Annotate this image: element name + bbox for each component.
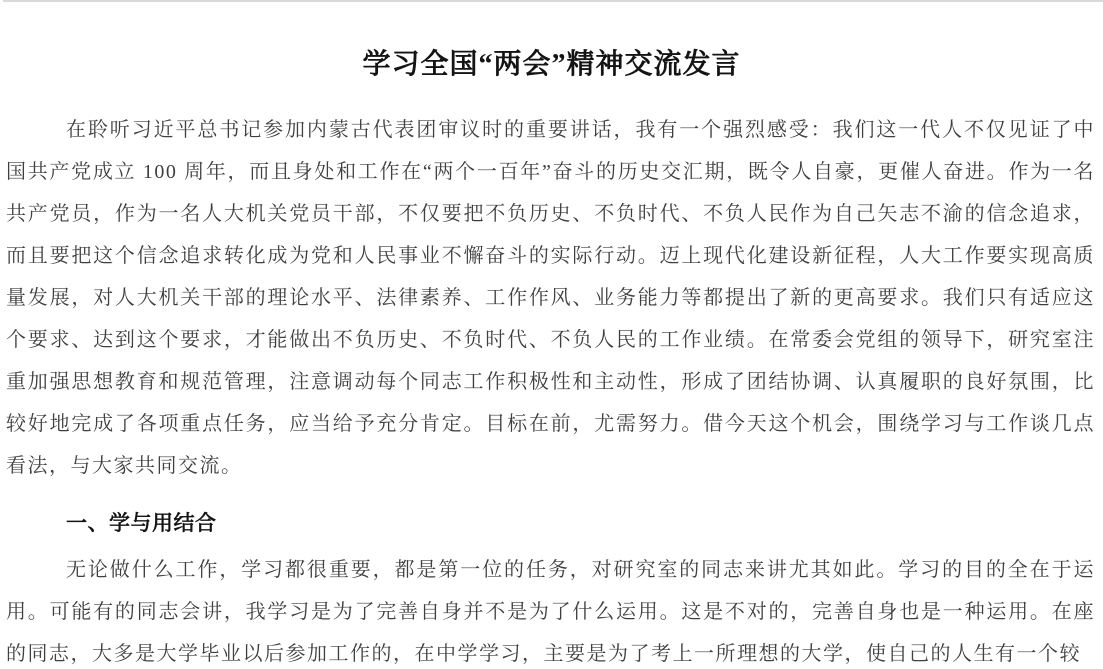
- page-top-border: [3, 0, 1103, 2]
- document-title: 学习全国“两会”精神交流发言: [0, 47, 1103, 83]
- paragraph-section-1: 无论做什么工作，学习都很重要，都是第一位的任务，对研究室的同志来讲尤其如此。学习…: [6, 549, 1095, 669]
- document-page: 学习全国“两会”精神交流发言 在聆听习近平总书记参加内蒙古代表团审议时的重要讲话…: [0, 0, 1103, 669]
- section-heading-1: 一、学与用结合: [6, 507, 1095, 541]
- paragraph-intro: 在聆听习近平总书记参加内蒙古代表团审议时的重要讲话，我有一个强烈感受：我们这一代…: [6, 109, 1095, 487]
